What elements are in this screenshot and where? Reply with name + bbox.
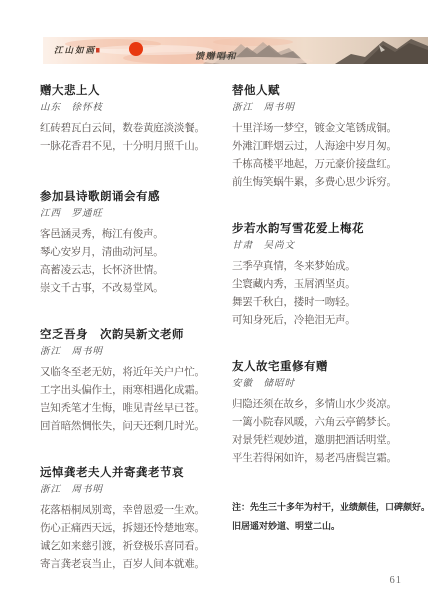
footnote-line: 注：先生三十多年为村干，业绩颇佳，口碑颇好。 [232, 498, 412, 517]
poem-author: 甘肃 吴尚文 [232, 240, 412, 253]
poem-langsonghui-yougan: 参加县诗歌朗诵会有感 江西 罗通旺 客邑涵灵秀，梅江有俊声。 琴心安岁月，清曲动… [40, 190, 220, 298]
poem-line: 红砖碧瓦白云间，数卷黄庭淡淡餐。 [40, 120, 220, 138]
poem-line: 归隐还须在故乡，多情山水少炎凉。 [232, 396, 412, 414]
poem-title: 友人故宅重修有赠 [232, 360, 412, 375]
poem-line: 又临冬至老无妨，将近年关户户忙。 [40, 364, 220, 382]
poem-title: 替他人赋 [232, 84, 412, 99]
poem-line: 舞罢千秋白，搂时一吻轻。 [232, 294, 412, 312]
poem-author: 安徽 储昭时 [232, 378, 412, 391]
poem-author: 山东 徐怀枝 [40, 102, 220, 115]
poem-line: 平生若得闲如许，易老冯唐鬓岂霜。 [232, 450, 412, 468]
poem-line: 琴心安岁月，清曲动河星。 [40, 244, 220, 262]
poem-columns: 赠大悲上人 山东 徐怀枝 红砖碧瓦白云间，数卷黄庭淡淡餐。 一脉花香君不见，十分… [40, 84, 412, 600]
poem-line: 千栋高楼平地起，万元豪价接盘红。 [232, 156, 412, 174]
poem-author: 浙江 周书明 [40, 346, 220, 359]
page-number: 61 [390, 575, 403, 586]
poem-line: 客邑涵灵秀，梅江有俊声。 [40, 226, 220, 244]
calligraphy-center: 馈赠唱和 [195, 51, 238, 61]
poem-line: 对景凭栏观妙道，邀朋把酒话明堂。 [232, 432, 412, 450]
landscape-painting: 江山如画 馈赠唱和 [43, 37, 428, 64]
poem-xuehua-aishang-meihua: 步若水韵写雪花爱上梅花 甘肃 吴尚文 三季孕真情，冬来梦始成。 尘寰藏内秀，玉屑… [232, 222, 412, 330]
poem-line: 前生悔笑蜗牛累，多费心思少诉穷。 [232, 174, 412, 192]
poem-line: 伤心正痛西天远，拆翅还怜楚地寒。 [40, 520, 220, 538]
poem-line: 寄言龚老哀当止，百岁人间本就难。 [40, 556, 220, 574]
poem-line: 岂知秃笔才生悔，唯见青丝早已苍。 [40, 400, 220, 418]
poem-title: 空乏吾身 次韵吴新文老师 [40, 328, 220, 343]
poem-line: 外滩江畔烟云过，人海途中岁月匆。 [232, 138, 412, 156]
magazine-page: 江山如画 馈赠唱和 赠大悲上人 山东 徐怀枝 红砖碧瓦白云间，数卷黄庭淡淡餐。 … [0, 0, 428, 600]
footnote-line: 旧居遥对妙道、明堂二山。 [232, 517, 412, 536]
poem-line: 尘寰藏内秀，玉屑洒坚贞。 [232, 276, 412, 294]
poem-title: 远悼龚老夫人并寄龚老节哀 [40, 466, 220, 481]
poem-author: 浙江 周书明 [232, 102, 412, 115]
poem-line: 十里洋场一梦空，镀金文笔锈成铜。 [232, 120, 412, 138]
poem-title: 参加县诗歌朗诵会有感 [40, 190, 220, 205]
cloud-wash [213, 38, 293, 46]
poem-kongfa-wushen: 空乏吾身 次韵吴新文老师 浙江 周书明 又临冬至老无妨，将近年关户户忙。 工字出… [40, 328, 220, 436]
poem-author: 浙江 周书明 [40, 484, 220, 497]
poem-title: 赠大悲上人 [40, 84, 220, 99]
poem-ti-taren-fu: 替他人赋 浙江 周书明 十里洋场一梦空，镀金文笔锈成铜。 外滩江畔烟云过，人海途… [232, 84, 412, 192]
poem-line: 回首暗然惆怅失，问天还剩几时光。 [40, 418, 220, 436]
poem-line: 一脉花香君不见，十分明月照千山。 [40, 138, 220, 156]
calligraphy-left: 江山如画 [54, 45, 97, 55]
poem-zeng-dabei-shangren: 赠大悲上人 山东 徐怀枝 红砖碧瓦白云间，数卷黄庭淡淡餐。 一脉花香君不见，十分… [40, 84, 220, 156]
poem-line: 三季孕真情，冬来梦始成。 [232, 258, 412, 276]
poem-line: 高蓄凌云志，长怀济世情。 [40, 262, 220, 280]
poem-author: 江西 罗通旺 [40, 208, 220, 221]
poem-line: 工字出头偏作土，雨寒相遇化成霜。 [40, 382, 220, 400]
poem-line: 花落梧桐凤别鸾，幸曾恩爱一生欢。 [40, 502, 220, 520]
poem-yuandao-gonglao: 远悼龚老夫人并寄龚老节哀 浙江 周书明 花落梧桐凤别鸾，幸曾恩爱一生欢。 伤心正… [40, 466, 220, 574]
sun-icon [129, 42, 143, 56]
poem-line: 一篱小院春风暖，六角云亭鹤梦长。 [232, 414, 412, 432]
footnote: 注：先生三十多年为村干，业绩颇佳，口碑颇好。 旧居遥对妙道、明堂二山。 [232, 498, 412, 536]
poem-title: 步若水韵写雪花爱上梅花 [232, 222, 412, 237]
header-banner: 江山如画 馈赠唱和 [43, 37, 428, 64]
seal-icon [96, 48, 100, 53]
poem-line: 崇文千古事，不改易堂风。 [40, 280, 220, 298]
column-right: 替他人赋 浙江 周书明 十里洋场一梦空，镀金文笔锈成铜。 外滩江畔烟云过，人海途… [232, 84, 412, 600]
column-left: 赠大悲上人 山东 徐怀枝 红砖碧瓦白云间，数卷黄庭淡淡餐。 一脉花香君不见，十分… [40, 84, 220, 600]
poem-line: 可知身死后，冷艳泪无声。 [232, 312, 412, 330]
poem-youren-guzhai: 友人故宅重修有赠 安徽 储昭时 归隐还须在故乡，多情山水少炎凉。 一篱小院春风暖… [232, 360, 412, 468]
poem-line: 诚乞如来慈引渡，祈登极乐喜同看。 [40, 538, 220, 556]
